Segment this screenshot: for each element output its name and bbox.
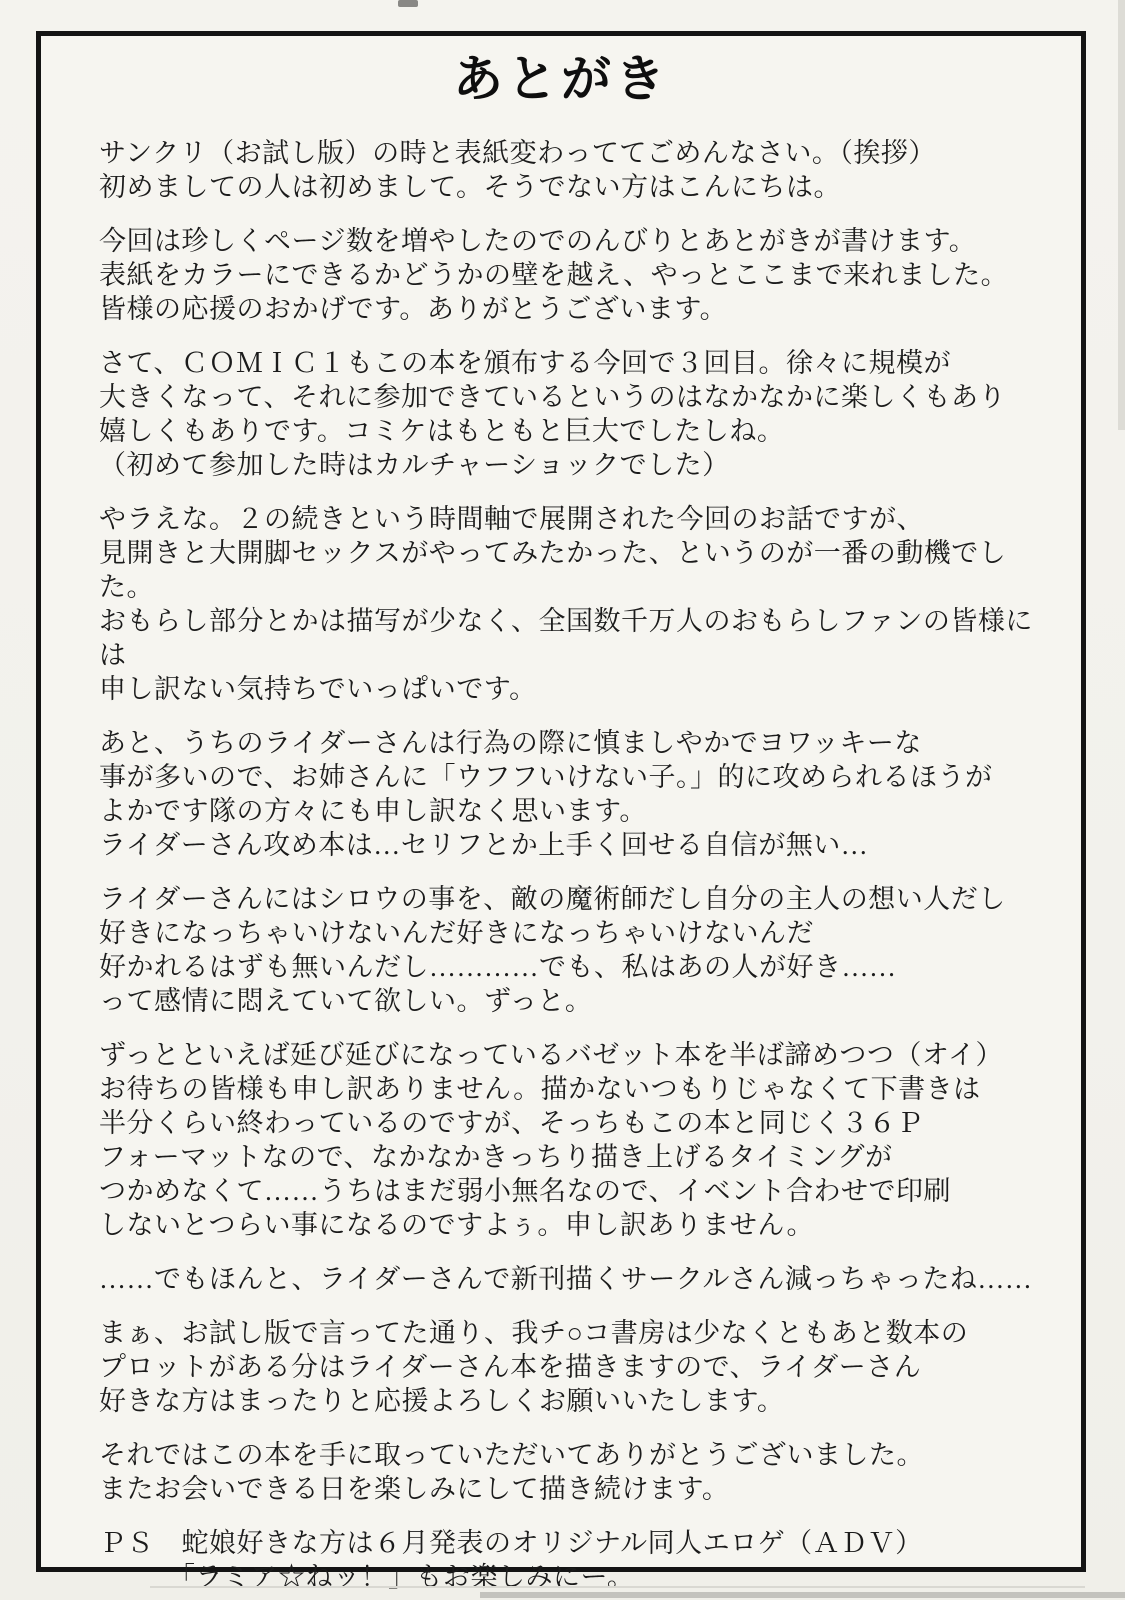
paragraph-line: プロットがある分はライダーさん本を描きますので、ライダーさん (99, 1350, 1055, 1384)
paragraph-line: 好きな方はまったりと応援よろしくお願いいたします。 (99, 1384, 1055, 1418)
scanned-page: あとがき サンクリ（お試し版）の時と表紙変わっててごめんなさい。（挨拶）初めまし… (0, 0, 1125, 1600)
paragraph-line: フォーマットなので、なかなかきっちり描き上げるタイミングが (99, 1140, 1055, 1174)
paragraph: それではこの本を手に取っていただいてありがとうございました。またお会いできる日を… (99, 1438, 1055, 1506)
paragraph: サンクリ（お試し版）の時と表紙変わっててごめんなさい。（挨拶）初めましての人は初… (99, 136, 1055, 204)
paragraph-line: 見開きと大開脚セックスがやってみたかった、というのが一番の動機でした。 (99, 536, 1055, 604)
paragraph-line: おもらし部分とかは描写が少なく、全国数千万人のおもらしファンの皆様には (99, 604, 1055, 672)
paragraph-line: ライダーさん攻め本は…セリフとか上手く回せる自信が無い… (99, 828, 1055, 862)
paragraph: 今回は珍しくページ数を増やしたのでのんびりとあとがきが書けます。表紙をカラーにで… (99, 224, 1055, 326)
paragraph-line: 好かれるはずも無いんだし…………でも、私はあの人が好き…… (99, 950, 1055, 984)
paragraph-line: 表紙をカラーにできるかどうかの壁を越え、やっとここまで来れました。 (99, 258, 1055, 292)
paragraph-line: まぁ、お試し版で言ってた通り、我チ○コ書房は少なくともあと数本の (99, 1316, 1055, 1350)
paragraph-line: お待ちの皆様も申し訳ありません。描かないつもりじゃなくて下書きは (99, 1072, 1055, 1106)
paragraph-line: ライダーさんにはシロウの事を、敵の魔術師だし自分の主人の想い人だし (99, 882, 1055, 916)
scan-artifact-top (398, 0, 418, 7)
paragraph-line: あと、うちのライダーさんは行為の際に慎ましやかでヨワッキーな (99, 726, 1055, 760)
afterword-body: サンクリ（お試し版）の時と表紙変わっててごめんなさい。（挨拶）初めましての人は初… (99, 136, 1055, 1594)
paragraph-line: よかです隊の方々にも申し訳なく思います。 (99, 794, 1055, 828)
paragraph-line: しないとつらい事になるのですよぅ。申し訳ありません。 (99, 1208, 1055, 1242)
paragraph-line: それではこの本を手に取っていただいてありがとうございました。 (99, 1438, 1055, 1472)
paragraph-line: ……でもほんと、ライダーさんで新刊描くサークルさん減っちゃったね…… (99, 1262, 1055, 1296)
paragraph: やラえな。２の続きという時間軸で展開された今回のお話ですが、見開きと大開脚セック… (99, 502, 1055, 706)
paragraph-line: 申し訳ない気持ちでいっぱいです。 (99, 672, 1055, 706)
paragraph: あと、うちのライダーさんは行為の際に慎ましやかでヨワッキーな事が多いので、お姉さ… (99, 726, 1055, 862)
paragraph-line: つかめなくて……うちはまだ弱小無名なので、イベント合わせで印刷 (99, 1174, 1055, 1208)
paragraph: さて、ＣＯＭＩＣ１もこの本を頒布する今回で３回目。徐々に規模が大きくなって、それ… (99, 346, 1055, 482)
paragraph-line: 半分くらい終わっているのですが、そっちもこの本と同じく３６Ｐ (99, 1106, 1055, 1140)
next-page-edge (480, 1592, 1125, 1598)
paragraph: ずっとといえば延び延びになっているバゼット本を半ば諦めつつ（オイ）お待ちの皆様も… (99, 1038, 1055, 1242)
paragraph-line: 事が多いので、お姉さんに「ウフフいけない子。」的に攻められるほうが (99, 760, 1055, 794)
paragraph: ＰＳ 蛇娘好きな方は６月発表のオリジナル同人エロゲ（ＡＤＶ） 「ラミア☆ねッ！」… (99, 1526, 1055, 1594)
paragraph-line: やラえな。２の続きという時間軸で展開された今回のお話ですが、 (99, 502, 1055, 536)
paragraph-line: さて、ＣＯＭＩＣ１もこの本を頒布する今回で３回目。徐々に規模が (99, 346, 1055, 380)
paragraph-line: ずっとといえば延び延びになっているバゼット本を半ば諦めつつ（オイ） (99, 1038, 1055, 1072)
paragraph-line: 「ラミア☆ねッ！」もお楽しみにー。 (99, 1560, 1055, 1594)
afterword-frame: あとがき サンクリ（お試し版）の時と表紙変わっててごめんなさい。（挨拶）初めまし… (36, 31, 1086, 1572)
paragraph-line: 大きくなって、それに参加できているというのはなかなかに楽しくもあり (99, 380, 1055, 414)
paragraph-line: 皆様の応援のおかげです。ありがとうございます。 (99, 292, 1055, 326)
paragraph: まぁ、お試し版で言ってた通り、我チ○コ書房は少なくともあと数本のプロットがある分… (99, 1316, 1055, 1418)
paragraph-line: 初めましての人は初めまして。そうでない方はこんにちは。 (99, 170, 1055, 204)
paragraph-line: またお会いできる日を楽しみにして描き続けます。 (99, 1472, 1055, 1506)
paragraph-line: 嬉しくもありです。コミケはもともと巨大でしたしね。 (99, 414, 1055, 448)
paragraph: ……でもほんと、ライダーさんで新刊描くサークルさん減っちゃったね…… (99, 1262, 1055, 1296)
page-edge-shadow-right (1118, 0, 1125, 430)
scan-artifact-bottom-line (150, 1586, 1085, 1588)
paragraph-line: 好きになっちゃいけないんだ好きになっちゃいけないんだ (99, 916, 1055, 950)
paragraph-line: （初めて参加した時はカルチャーショックでした） (99, 448, 1055, 482)
paragraph-line: 今回は珍しくページ数を増やしたのでのんびりとあとがきが書けます。 (99, 224, 1055, 258)
paragraph: ライダーさんにはシロウの事を、敵の魔術師だし自分の主人の想い人だし好きになっちゃ… (99, 882, 1055, 1018)
paragraph-line: って感情に悶えていて欲しい。ずっと。 (99, 984, 1055, 1018)
paragraph-line: ＰＳ 蛇娘好きな方は６月発表のオリジナル同人エロゲ（ＡＤＶ） (99, 1526, 1055, 1560)
paragraph-line: サンクリ（お試し版）の時と表紙変わっててごめんなさい。（挨拶） (99, 136, 1055, 170)
page-title: あとがき (41, 52, 1081, 106)
